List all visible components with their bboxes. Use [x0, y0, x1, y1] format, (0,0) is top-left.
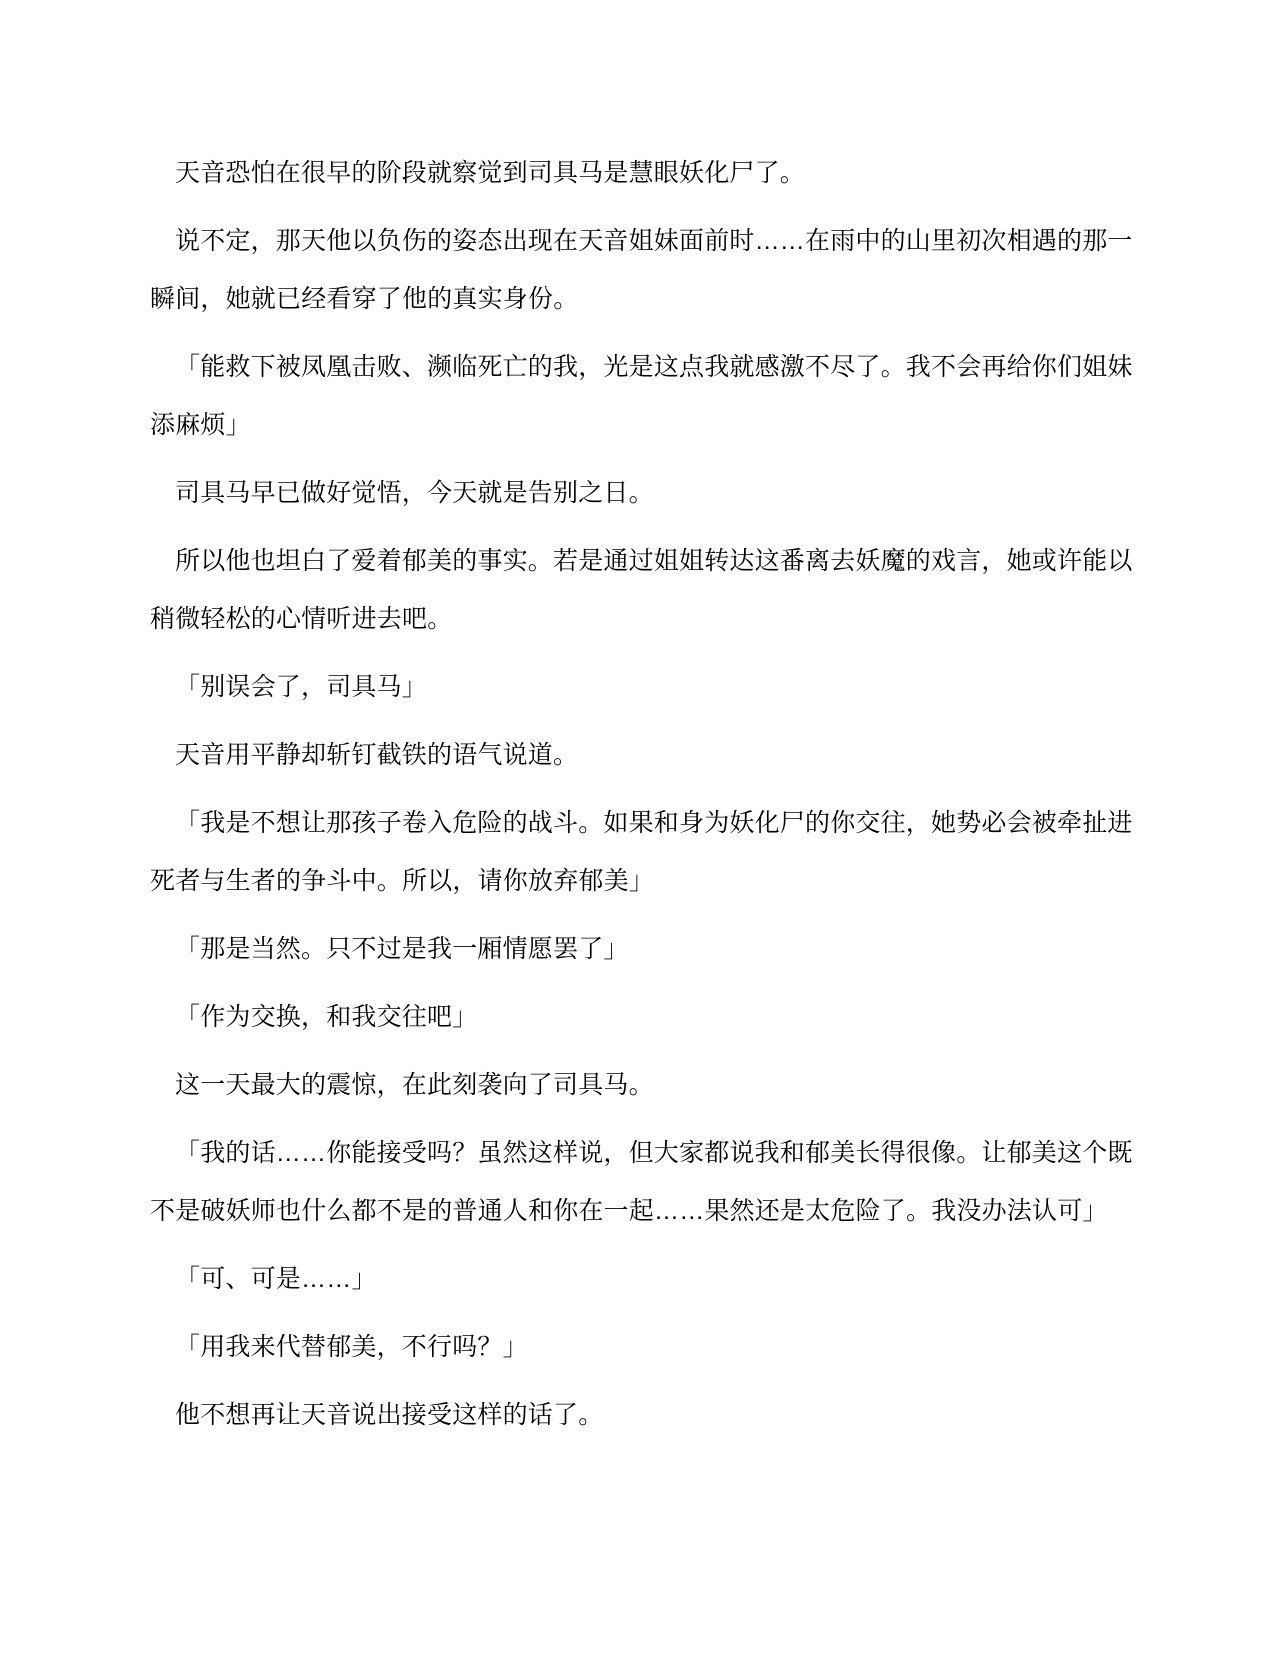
paragraph: 这一天最大的震惊，在此刻袭向了司具马。: [150, 1056, 1133, 1114]
text-line: 瞬间，她就已经看穿了他的真实身份。: [150, 270, 1133, 328]
paragraph: 「作为交换，和我交往吧」: [150, 988, 1133, 1046]
text-line: 这一天最大的震惊，在此刻袭向了司具马。: [150, 1056, 1133, 1114]
text-line: 「作为交换，和我交往吧」: [150, 988, 1133, 1046]
text-line: 他不想再让天音说出接受这样的话了。: [150, 1386, 1133, 1444]
text-line: 「可、可是……」: [150, 1250, 1133, 1308]
body-text: 天音恐怕在很早的阶段就察觉到司具马是慧眼妖化尸了。说不定，那天他以负伤的姿态出现…: [150, 144, 1133, 1454]
text-line: 「我是不想让那孩子卷入危险的战斗。如果和身为妖化尸的你交往，她势必会被牵扯进: [150, 794, 1133, 852]
text-line: 「那是当然。只不过是我一厢情愿罢了」: [150, 920, 1133, 978]
text-line: 「我的话……你能接受吗？虽然这样说，但大家都说我和郁美长得很像。让郁美这个既: [150, 1124, 1133, 1182]
paragraph: 所以他也坦白了爱着郁美的事实。若是通过姐姐转达这番离去妖魔的戏言，她或许能以稍微…: [150, 532, 1133, 648]
paragraph: 「用我来代替郁美，不行吗？」: [150, 1318, 1133, 1376]
paragraph: 「别误会了，司具马」: [150, 658, 1133, 716]
text-line: 天音用平静却斩钉截铁的语气说道。: [150, 726, 1133, 784]
paragraph: 天音用平静却斩钉截铁的语气说道。: [150, 726, 1133, 784]
paragraph: 天音恐怕在很早的阶段就察觉到司具马是慧眼妖化尸了。: [150, 144, 1133, 202]
text-line: 死者与生者的争斗中。所以，请你放弃郁美」: [150, 852, 1133, 910]
paragraph: 说不定，那天他以负伤的姿态出现在天音姐妹面前时……在雨中的山里初次相遇的那一瞬间…: [150, 212, 1133, 328]
novel-page: 天音恐怕在很早的阶段就察觉到司具马是慧眼妖化尸了。说不定，那天他以负伤的姿态出现…: [0, 0, 1280, 1656]
paragraph: 司具马早已做好觉悟，今天就是告别之日。: [150, 464, 1133, 522]
paragraph: 「可、可是……」: [150, 1250, 1133, 1308]
paragraph: 他不想再让天音说出接受这样的话了。: [150, 1386, 1133, 1444]
paragraph: 「我的话……你能接受吗？虽然这样说，但大家都说我和郁美长得很像。让郁美这个既不是…: [150, 1124, 1133, 1240]
paragraph: 「我是不想让那孩子卷入危险的战斗。如果和身为妖化尸的你交往，她势必会被牵扯进死者…: [150, 794, 1133, 910]
text-line: 天音恐怕在很早的阶段就察觉到司具马是慧眼妖化尸了。: [150, 144, 1133, 202]
paragraph: 「能救下被凤凰击败、濒临死亡的我，光是这点我就感激不尽了。我不会再给你们姐妹添麻…: [150, 338, 1133, 454]
text-line: 「能救下被凤凰击败、濒临死亡的我，光是这点我就感激不尽了。我不会再给你们姐妹: [150, 338, 1133, 396]
text-line: 「别误会了，司具马」: [150, 658, 1133, 716]
text-line: 说不定，那天他以负伤的姿态出现在天音姐妹面前时……在雨中的山里初次相遇的那一: [150, 212, 1133, 270]
text-line: 所以他也坦白了爱着郁美的事实。若是通过姐姐转达这番离去妖魔的戏言，她或许能以: [150, 532, 1133, 590]
text-line: 「用我来代替郁美，不行吗？」: [150, 1318, 1133, 1376]
paragraph: 「那是当然。只不过是我一厢情愿罢了」: [150, 920, 1133, 978]
text-line: 添麻烦」: [150, 396, 1133, 454]
text-line: 不是破妖师也什么都不是的普通人和你在一起……果然还是太危险了。我没办法认可」: [150, 1182, 1133, 1240]
text-line: 稍微轻松的心情听进去吧。: [150, 590, 1133, 648]
text-line: 司具马早已做好觉悟，今天就是告别之日。: [150, 464, 1133, 522]
